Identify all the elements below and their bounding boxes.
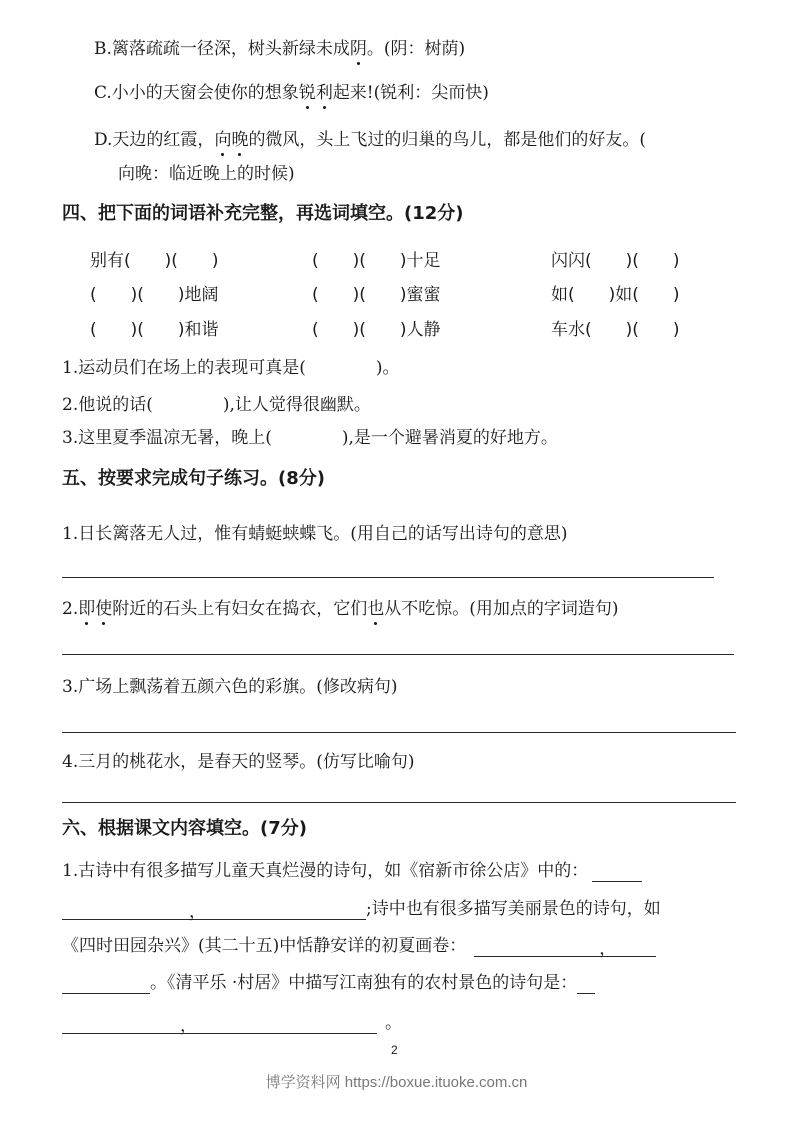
answer-line[interactable] xyxy=(62,654,734,655)
option-c: C.小小的天窗会使你的想象锐利起来!(锐利：尖而快) xyxy=(94,82,489,104)
question-text: 《四时田园杂兴》(其二十五)中恬静安详的初夏画卷： xyxy=(62,936,466,956)
question-text: 3.这里夏季温凉无暑，晚上( xyxy=(62,428,272,448)
question-text: 从不吃惊。(用加点的字词造句) xyxy=(384,599,618,619)
question-text: ),让人觉得很幽默。 xyxy=(223,395,371,415)
question-6-line-5: ，。 xyxy=(62,1012,402,1034)
answer-blank[interactable] xyxy=(206,901,366,920)
emphasis-dot-char: 阴 xyxy=(350,38,367,60)
period: 。 xyxy=(385,1013,402,1033)
question-text: 附近的石头上有妇女在捣衣，它们 xyxy=(112,599,367,619)
option-d-continuation: 向晚：临近晚上的时候) xyxy=(118,163,295,185)
idiom-blank[interactable]: 车水( )( ) xyxy=(551,319,680,341)
fill-question-2: 2.他说的话(),让人觉得很幽默。 xyxy=(62,394,371,416)
answer-line[interactable] xyxy=(62,732,736,733)
option-b-text: B.篱落疏疏一径深，树头新绿未成 xyxy=(94,39,350,59)
option-d-note: 的微风，头上飞过的归巢的鸟儿，都是他们的好友。( xyxy=(248,130,646,150)
idiom-blank[interactable]: ( )( )和谐 xyxy=(90,319,219,341)
section-5-title: 五、按要求完成句子练习。(8分) xyxy=(62,468,325,490)
page-number: 2 xyxy=(391,1043,398,1057)
option-c-text: C.小小的天窗会使你的想象 xyxy=(94,83,299,103)
idiom-blank[interactable]: 别有( )( ) xyxy=(90,250,219,272)
answer-blank[interactable] xyxy=(62,1015,180,1034)
section-6-title: 六、根据课文内容填空。(7分) xyxy=(62,818,307,840)
answer-blank[interactable] xyxy=(474,938,599,957)
question-5-4: 4.三月的桃花水，是春天的竖琴。(仿写比喻句) xyxy=(62,751,414,773)
emphasis-dot-char: 使 xyxy=(95,598,112,620)
fill-question-1: 1.运动员们在场上的表现可真是()。 xyxy=(62,357,400,379)
question-5-2: 2.即使附近的石头上有妇女在捣衣，它们也从不吃惊。(用加点的字词造句) xyxy=(62,598,619,620)
emphasis-dot-char: 向 xyxy=(214,129,231,151)
footer-watermark: 博学资料网 https://boxue.ituoke.com.cn xyxy=(0,1071,793,1092)
option-d-text: D.天边的红霞， xyxy=(94,130,214,150)
question-text: 1.古诗中有很多描写儿童天真烂漫的诗句，如《宿新市徐公店》中的： xyxy=(62,861,588,881)
option-b: B.篱落疏疏一径深，树头新绿未成阴。(阴：树荫) xyxy=(94,38,465,60)
emphasis-dot-char: 锐 xyxy=(299,82,316,104)
emphasis-dot-char: 即 xyxy=(78,598,95,620)
comma: ， xyxy=(180,1015,197,1034)
question-5-3: 3.广场上飘荡着五颜六色的彩旗。(修改病句) xyxy=(62,676,397,698)
question-6-line-4: 。《清平乐 ·村居》中描写江南独有的农村景色的诗句是： xyxy=(62,972,595,994)
option-b-note: 。(阴：树荫) xyxy=(367,39,465,59)
answer-blank[interactable] xyxy=(197,1015,377,1034)
question-6-line-2: ，;诗中也有很多描写美丽景色的诗句，如 xyxy=(62,898,661,920)
question-text: 2. xyxy=(62,599,78,619)
comma: ， xyxy=(189,901,206,920)
answer-blank[interactable] xyxy=(616,938,656,957)
answer-line[interactable] xyxy=(62,802,736,803)
question-text: ;诗中也有很多描写美丽景色的诗句，如 xyxy=(366,899,661,919)
idiom-blank[interactable]: ( )( )地阔 xyxy=(90,284,219,306)
fill-question-3: 3.这里夏季温凉无暑，晚上(),是一个避暑消夏的好地方。 xyxy=(62,427,558,449)
answer-blank[interactable] xyxy=(577,975,595,994)
answer-blank[interactable] xyxy=(62,975,150,994)
idiom-blank[interactable]: ( )( )蜜蜜 xyxy=(312,284,441,306)
period: 。 xyxy=(150,973,167,993)
emphasis-dot-char: 也 xyxy=(367,598,384,620)
question-5-1: 1.日长篱落无人过，惟有蜻蜓蛱蝶飞。(用自己的话写出诗句的意思) xyxy=(62,523,567,545)
idiom-blank[interactable]: ( )( )人静 xyxy=(312,319,441,341)
idiom-blank[interactable]: ( )( )十足 xyxy=(312,250,441,272)
question-text: 《清平乐 ·村居》中描写江南独有的农村景色的诗句是： xyxy=(167,973,577,993)
question-text: 2.他说的话( xyxy=(62,395,153,415)
question-6-line-3: 《四时田园杂兴》(其二十五)中恬静安详的初夏画卷：， xyxy=(62,935,656,957)
section-4-title: 四、把下面的词语补充完整，再选词填空。(12分) xyxy=(62,203,464,225)
question-6-line-1: 1.古诗中有很多描写儿童天真烂漫的诗句，如《宿新市徐公店》中的： xyxy=(62,860,642,882)
question-text: ),是一个避暑消夏的好地方。 xyxy=(342,428,558,448)
question-text: )。 xyxy=(376,358,400,378)
answer-line[interactable] xyxy=(62,577,714,578)
emphasis-dot-char: 利 xyxy=(316,82,333,104)
answer-blank[interactable] xyxy=(592,863,642,882)
question-text: 1.运动员们在场上的表现可真是( xyxy=(62,358,306,378)
answer-blank[interactable] xyxy=(62,901,189,920)
comma: ， xyxy=(599,938,616,957)
option-d: D.天边的红霞，向晚的微风，头上飞过的归巢的鸟儿，都是他们的好友。( xyxy=(94,129,646,151)
idiom-blank[interactable]: 如( )如( ) xyxy=(551,284,680,306)
option-c-note: 起来!(锐利：尖而快) xyxy=(333,83,489,103)
idiom-blank[interactable]: 闪闪( )( ) xyxy=(551,250,680,272)
emphasis-dot-char: 晚 xyxy=(231,129,248,151)
